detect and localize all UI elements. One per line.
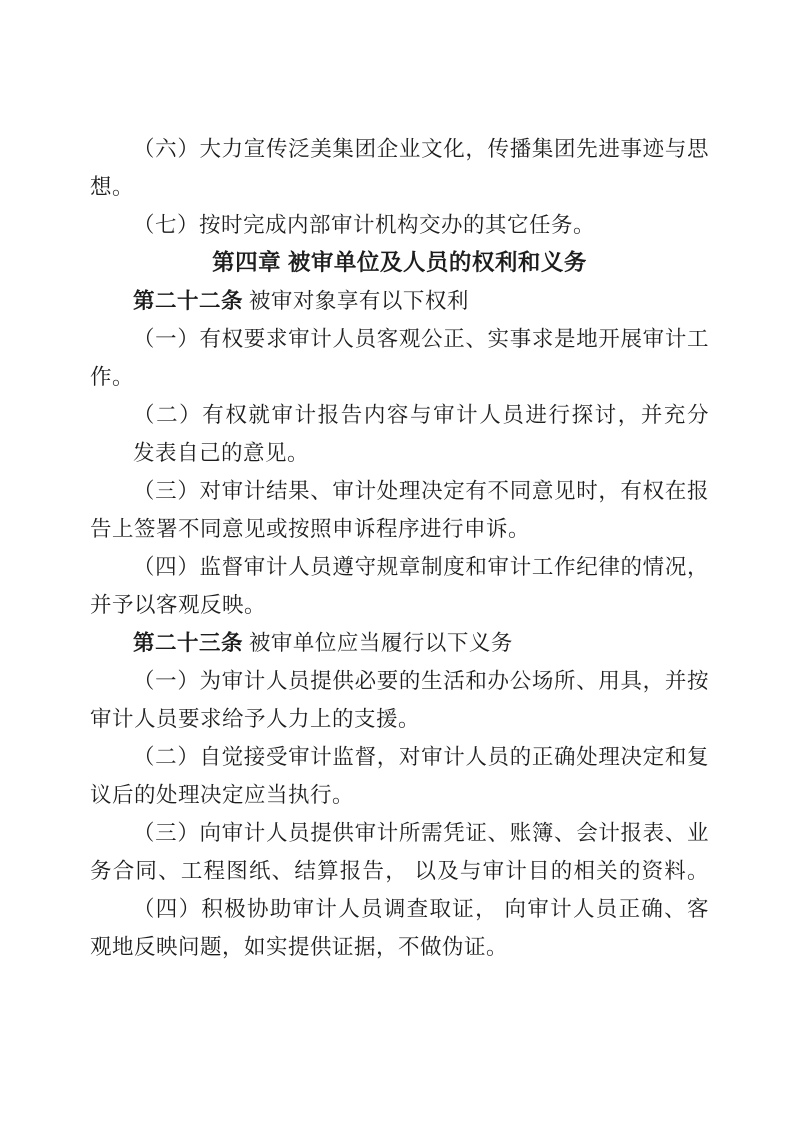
article-title: 被审单位应当履行以下义务 xyxy=(243,631,513,655)
paragraph-line: 并予以客观反映。 xyxy=(90,586,709,624)
paragraph-line: 告上签署不同意见或按照申诉程序进行申诉。 xyxy=(90,510,709,548)
paragraph-line: （四）监督审计人员遵守规章制度和审计工作纪律的情况， xyxy=(90,548,709,586)
paragraph-line: （一）为审计人员提供必要的生活和办公场所、用具，并按 xyxy=(90,662,709,700)
paragraph-line: （三）向审计人员提供审计所需凭证、账簿、会计报表、业 xyxy=(90,814,709,852)
paragraph-line: （七）按时完成内部审计机构交办的其它任务。 xyxy=(90,206,709,244)
paragraph-line: （四）积极协助审计人员调查取证， 向审计人员正确、客 xyxy=(90,890,709,928)
paragraph-line: （三）对审计结果、审计处理决定有不同意见时，有权在报 xyxy=(90,472,709,510)
article-number: 第二十三条 xyxy=(133,631,243,655)
paragraph-line: 审计人员要求给予人力上的支援。 xyxy=(90,700,709,738)
article-number: 第二十二条 xyxy=(133,289,243,313)
paragraph-line: （二）自觉接受审计监督，对审计人员的正确处理决定和复 xyxy=(90,738,709,776)
paragraph-line: 观地反映问题，如实提供证据，不做伪证。 xyxy=(90,928,709,966)
paragraph-line: 议后的处理决定应当执行。 xyxy=(90,776,709,814)
paragraph-line: （一）有权要求审计人员客观公正、实事求是地开展审计工 xyxy=(90,320,709,358)
document-page: （六）大力宣传泛美集团企业文化，传播集团先进事迹与思 想。 （七）按时完成内部审… xyxy=(0,0,793,1122)
paragraph-line: 发表自己的意见。 xyxy=(90,434,709,472)
paragraph-line: 务合同、工程图纸、结算报告， 以及与审计目的相关的资料。 xyxy=(90,852,709,890)
paragraph-line: （二）有权就审计报告内容与审计人员进行探讨，并充分 xyxy=(90,396,709,434)
paragraph-line: 想。 xyxy=(90,168,709,206)
paragraph-line: （六）大力宣传泛美集团企业文化，传播集团先进事迹与思 xyxy=(90,130,709,168)
paragraph-line: 作。 xyxy=(90,358,709,396)
article-title: 被审对象享有以下权利 xyxy=(243,289,469,313)
article-line: 第二十二条 被审对象享有以下权利 xyxy=(90,282,709,320)
chapter-heading: 第四章 被审单位及人员的权利和义务 xyxy=(90,244,709,282)
article-line: 第二十三条 被审单位应当履行以下义务 xyxy=(90,624,709,662)
